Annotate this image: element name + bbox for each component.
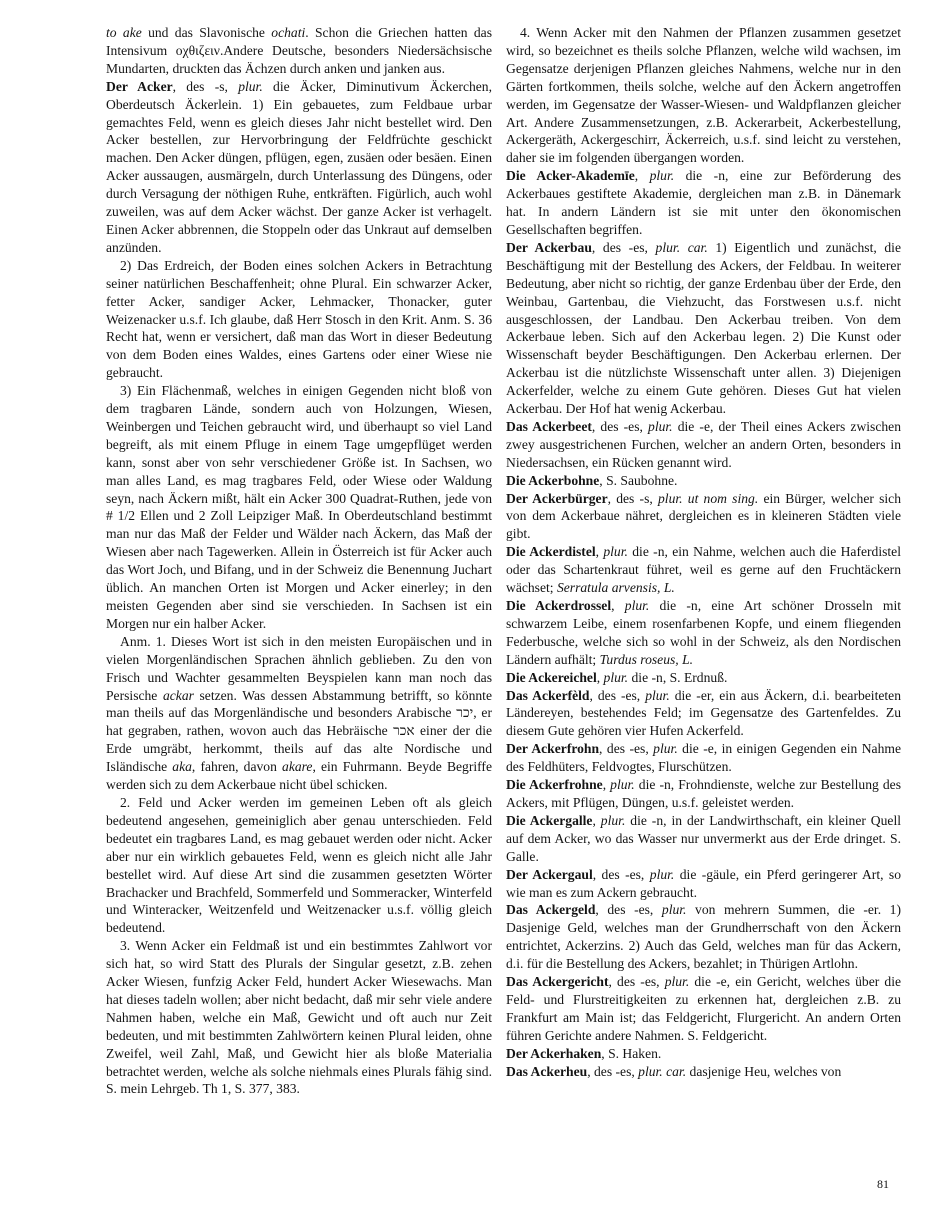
text-run: dasjenige Heu, welches von <box>686 1064 841 1079</box>
dictionary-entry: Das Ackergericht, des -es, plur. die -e,… <box>506 973 901 1045</box>
italic-text: plur. car. <box>656 240 708 255</box>
dictionary-entry: Der Acker, des -s, plur. die Äcker, Dimi… <box>106 78 492 257</box>
entry-headword: Das Ackerbeet <box>506 419 592 434</box>
dictionary-entry: Das Ackerbeet, des -es, plur. die -e, de… <box>506 418 901 472</box>
italic-text: plur. <box>238 79 263 94</box>
text-run: die -n, S. Erdnuß. <box>628 670 727 685</box>
text-run: , des -es, <box>590 688 646 703</box>
text-run: , des -es, <box>592 419 648 434</box>
italic-text: aka <box>172 759 192 774</box>
entry-headword: Das Ackergericht <box>506 974 609 989</box>
entry-headword: Die Ackerdistel <box>506 544 596 559</box>
italic-text: plur. <box>665 974 690 989</box>
text-run: , des -es, <box>592 240 656 255</box>
text-run: 3. Wenn Acker ein Feldmaß ist und ein be… <box>106 938 492 1096</box>
entry-headword: Der Ackerfrohn <box>506 741 599 756</box>
text-run: , S. Saubohne. <box>599 473 677 488</box>
dictionary-entry: Die Ackerdrossel, plur. die -n, eine Art… <box>506 597 901 669</box>
italic-text: plur. <box>653 741 678 756</box>
italic-text: Serratula arvensis, L. <box>557 580 675 595</box>
text-run: , <box>635 168 650 183</box>
entry-headword: Der Ackerbau <box>506 240 592 255</box>
entry-headword: Die Ackerbohne <box>506 473 599 488</box>
column-left: to ake und das Slavonische ochati. Schon… <box>106 24 492 1098</box>
paragraph: to ake und das Slavonische ochati. Schon… <box>106 24 492 78</box>
text-run: , des -es, <box>593 867 650 882</box>
text-run: , des -es, <box>609 974 665 989</box>
italic-text: plur. <box>650 867 675 882</box>
dictionary-entry: Der Ackerbau, des -es, plur. car. 1) Eig… <box>506 239 901 418</box>
dictionary-entry: Der Ackerfrohn, des -es, plur. die -e, i… <box>506 740 901 776</box>
italic-text: to ake <box>106 25 142 40</box>
entry-headword: Die Ackerdrossel <box>506 598 611 613</box>
text-run: , des -s, <box>608 491 658 506</box>
dictionary-entry: Das Ackergeld, des -es, plur. von mehrer… <box>506 901 901 973</box>
entry-headword: Die Ackerfrohne <box>506 777 603 792</box>
italic-text: plur. car. <box>638 1064 686 1079</box>
italic-text: ackar <box>163 688 194 703</box>
entry-headword: Die Ackergalle <box>506 813 592 828</box>
paragraph: 3) Ein Flächenmaß, welches in einigen Ge… <box>106 382 492 633</box>
paragraph: 3. Wenn Acker ein Feldmaß ist und ein be… <box>106 937 492 1098</box>
text-run: 2. Feld und Acker werden im gemeinen Leb… <box>106 795 492 935</box>
column-right: 4. Wenn Acker mit den Nahmen der Pflanze… <box>506 24 901 1098</box>
italic-text: plur. <box>662 902 687 917</box>
text-run: , <box>592 813 600 828</box>
text-run: , des -es, <box>595 902 662 917</box>
dictionary-entry: Die Ackerfrohne, plur. die -n, Frohndien… <box>506 776 901 812</box>
text-run: 4. Wenn Acker mit den Nahmen der Pflanze… <box>506 25 901 165</box>
entry-headword: Der Acker <box>106 79 173 94</box>
text-run: , fahren, davon <box>192 759 282 774</box>
page-number: 81 <box>877 1177 889 1192</box>
dictionary-entry: Die Ackerdistel, plur. die -n, ein Nahme… <box>506 543 901 597</box>
dictionary-entry: Das Ackerheu, des -es, plur. car. dasjen… <box>506 1063 901 1081</box>
text-run: 2) Das Erdreich, der Boden eines solchen… <box>106 258 492 380</box>
dictionary-entry: Die Ackergalle, plur. die -n, in der Lan… <box>506 812 901 866</box>
italic-text: plur. <box>603 544 628 559</box>
entry-headword: Der Ackerbürger <box>506 491 608 506</box>
paragraph: 2. Feld und Acker werden im gemeinen Leb… <box>106 794 492 937</box>
text-columns: to ake und das Slavonische ochati. Schon… <box>106 24 901 1098</box>
italic-text: plur. <box>604 670 629 685</box>
entry-headword: Das Ackergeld <box>506 902 595 917</box>
document-page: to ake und das Slavonische ochati. Schon… <box>0 0 935 1210</box>
paragraph: Anm. 1. Dieses Wort ist sich in den meis… <box>106 633 492 794</box>
italic-text: plur. <box>610 777 635 792</box>
dictionary-entry: Die Ackereichel, plur. die -n, S. Erdnuß… <box>506 669 901 687</box>
text-run: 3) Ein Flächenmaß, welches in einigen Ge… <box>106 383 492 631</box>
paragraph: 2) Das Erdreich, der Boden eines solchen… <box>106 257 492 382</box>
text-run: , S. Haken. <box>601 1046 661 1061</box>
italic-text: plur. <box>648 419 673 434</box>
text-run: und das Slavonische <box>142 25 272 40</box>
text-run: die Äcker, Diminutivum Äckerchen, Oberde… <box>106 79 492 255</box>
text-run: , <box>597 670 604 685</box>
entry-headword: Der Ackerhaken <box>506 1046 601 1061</box>
entry-headword: Die Acker-Akademīe <box>506 168 635 183</box>
italic-text: Turdus roseus, L. <box>600 652 693 667</box>
dictionary-entry: Der Ackergaul, des -es, plur. die -gäule… <box>506 866 901 902</box>
entry-headword: Das Ackerfèld <box>506 688 590 703</box>
italic-text: plur. <box>625 598 650 613</box>
dictionary-entry: Die Acker-Akademīe, plur. die -n, eine z… <box>506 167 901 239</box>
entry-headword: Der Ackergaul <box>506 867 593 882</box>
italic-text: akare <box>282 759 312 774</box>
dictionary-entry: Der Ackerhaken, S. Haken. <box>506 1045 901 1063</box>
italic-text: plur. <box>650 168 675 183</box>
dictionary-entry: Der Ackerbürger, des -s, plur. ut nom si… <box>506 490 901 544</box>
paragraph: 4. Wenn Acker mit den Nahmen der Pflanze… <box>506 24 901 167</box>
italic-text: ochati <box>271 25 305 40</box>
dictionary-entry: Die Ackerbohne, S. Saubohne. <box>506 472 901 490</box>
text-run: , des -es, <box>587 1064 638 1079</box>
italic-text: plur. <box>645 688 670 703</box>
text-run: , des -s, <box>173 79 239 94</box>
entry-headword: Das Ackerheu <box>506 1064 587 1079</box>
text-run: , <box>611 598 625 613</box>
text-run: , des -es, <box>599 741 653 756</box>
entry-headword: Die Ackereichel <box>506 670 597 685</box>
text-run: 1) Eigentlich und zunächst, die Beschäft… <box>506 240 901 416</box>
dictionary-entry: Das Ackerfèld, des -es, plur. die -er, e… <box>506 687 901 741</box>
italic-text: plur. ut nom sing. <box>658 491 758 506</box>
italic-text: plur. <box>601 813 626 828</box>
